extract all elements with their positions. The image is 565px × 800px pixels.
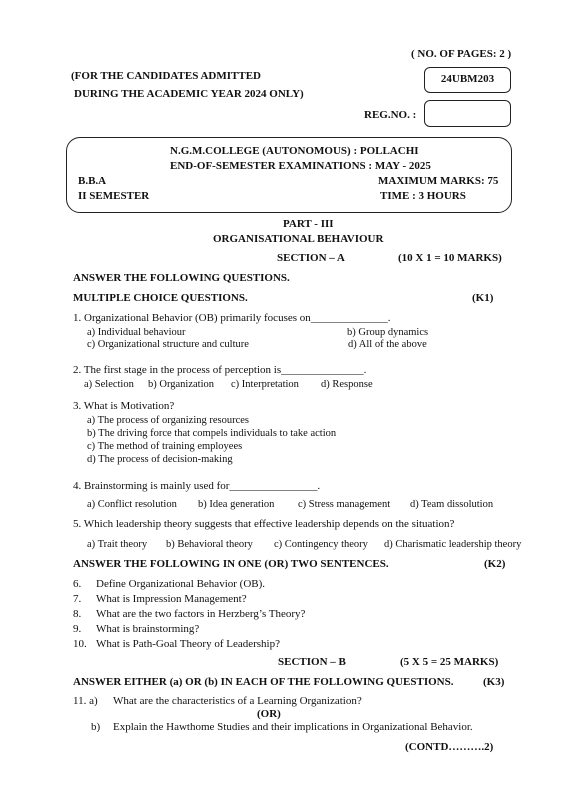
page-count: ( NO. OF PAGES: 2 ) <box>411 48 511 60</box>
section-a-instruction: ANSWER THE FOLLOWING QUESTIONS. <box>73 272 290 284</box>
section-b-marks: (5 X 5 = 25 MARKS) <box>400 656 498 668</box>
mcq-option: d) Charismatic leadership theory <box>384 539 521 550</box>
short-question: What is Path-Goal Theory of Leadership? <box>96 638 280 650</box>
mcq-question-1: 1. Organizational Behavior (OB) primaril… <box>73 312 391 324</box>
continued-footer: (CONTD……….2) <box>405 741 493 753</box>
mcq-option: d) Response <box>321 379 373 390</box>
or-separator: (OR) <box>257 708 281 720</box>
mcq-option: a) Selection <box>84 379 134 390</box>
college-name: N.G.M.COLLEGE (AUTONOMOUS) : POLLACHI <box>170 145 419 157</box>
section-b-instruction: ANSWER EITHER (a) OR (b) IN EACH OF THE … <box>73 676 453 688</box>
mcq-option: c) Stress management <box>298 499 390 510</box>
mcq-option: c) The method of training employees <box>87 441 242 452</box>
mcq-option: d) The process of decision-making <box>87 454 233 465</box>
mcq-option: a) Individual behaviour <box>87 327 186 338</box>
short-question: What is brainstorming? <box>96 623 199 635</box>
course-code: 24UBM203 <box>425 68 510 91</box>
mcq-option: b) Organization <box>148 379 214 390</box>
short-question: What are the two factors in Herzberg’s T… <box>96 608 305 620</box>
section-a-title: SECTION – A <box>277 252 345 264</box>
time: TIME : 3 HOURS <box>380 190 466 202</box>
mcq-question-3: 3. What is Motivation? <box>73 400 174 412</box>
question-11a: What are the characteristics of a Learni… <box>113 695 362 707</box>
section-b-title: SECTION – B <box>278 656 346 668</box>
short-answer-heading: ANSWER THE FOLLOWING IN ONE (OR) TWO SEN… <box>73 558 389 570</box>
semester: II SEMESTER <box>78 190 149 202</box>
part-title: PART - III <box>283 218 334 230</box>
program: B.B.A <box>78 175 106 187</box>
mcq-option: d) Team dissolution <box>410 499 493 510</box>
short-question: What is Impression Management? <box>96 593 247 605</box>
max-marks: MAXIMUM MARKS: 75 <box>378 175 498 187</box>
exam-title: END-OF-SEMESTER EXAMINATIONS : MAY - 202… <box>170 160 431 172</box>
mcq-option: a) Trait theory <box>87 539 147 550</box>
subject-title: ORGANISATIONAL BEHAVIOUR <box>213 233 383 245</box>
mcq-level: (K1) <box>472 292 493 304</box>
mcq-option: a) Conflict resolution <box>87 499 177 510</box>
admitted-line-2: DURING THE ACADEMIC YEAR 2024 ONLY) <box>74 88 304 100</box>
mcq-option: b) Behavioral theory <box>166 539 253 550</box>
mcq-option: d) All of the above <box>348 339 427 350</box>
short-question-number: 6. <box>73 578 81 590</box>
mcq-option: c) Organizational structure and culture <box>87 339 249 350</box>
reg-no-label: REG.NO. : <box>364 109 416 121</box>
section-b-level: (K3) <box>483 676 504 688</box>
short-answer-level: (K2) <box>484 558 505 570</box>
mcq-question-5: 5. Which leadership theory suggests that… <box>73 518 454 530</box>
question-11b: Explain the Hawthome Studies and their i… <box>113 721 473 733</box>
mcq-option: c) Contingency theory <box>274 539 368 550</box>
short-question-number: 7. <box>73 593 81 605</box>
course-code-box: 24UBM203 <box>424 67 511 93</box>
mcq-heading: MULTIPLE CHOICE QUESTIONS. <box>73 292 248 304</box>
mcq-option: b) The driving force that compels indivi… <box>87 428 336 439</box>
mcq-option: b) Idea generation <box>198 499 274 510</box>
short-question-number: 8. <box>73 608 81 620</box>
mcq-option: b) Group dynamics <box>347 327 428 338</box>
short-question-number: 10. <box>73 638 87 650</box>
admitted-line-1: (FOR THE CANDIDATES ADMITTED <box>71 70 261 82</box>
mcq-question-2: 2. The first stage in the process of per… <box>73 364 366 376</box>
mcq-option: c) Interpretation <box>231 379 299 390</box>
section-a-marks: (10 X 1 = 10 MARKS) <box>398 252 502 264</box>
mcq-question-4: 4. Brainstorming is mainly used for_____… <box>73 480 320 492</box>
reg-no-field[interactable] <box>424 100 511 127</box>
short-question-number: 9. <box>73 623 81 635</box>
short-question: Define Organizational Behavior (OB). <box>96 578 265 590</box>
question-11-number: 11. a) <box>73 695 98 707</box>
mcq-option: a) The process of organizing resources <box>87 415 249 426</box>
question-11b-label: b) <box>91 721 100 733</box>
